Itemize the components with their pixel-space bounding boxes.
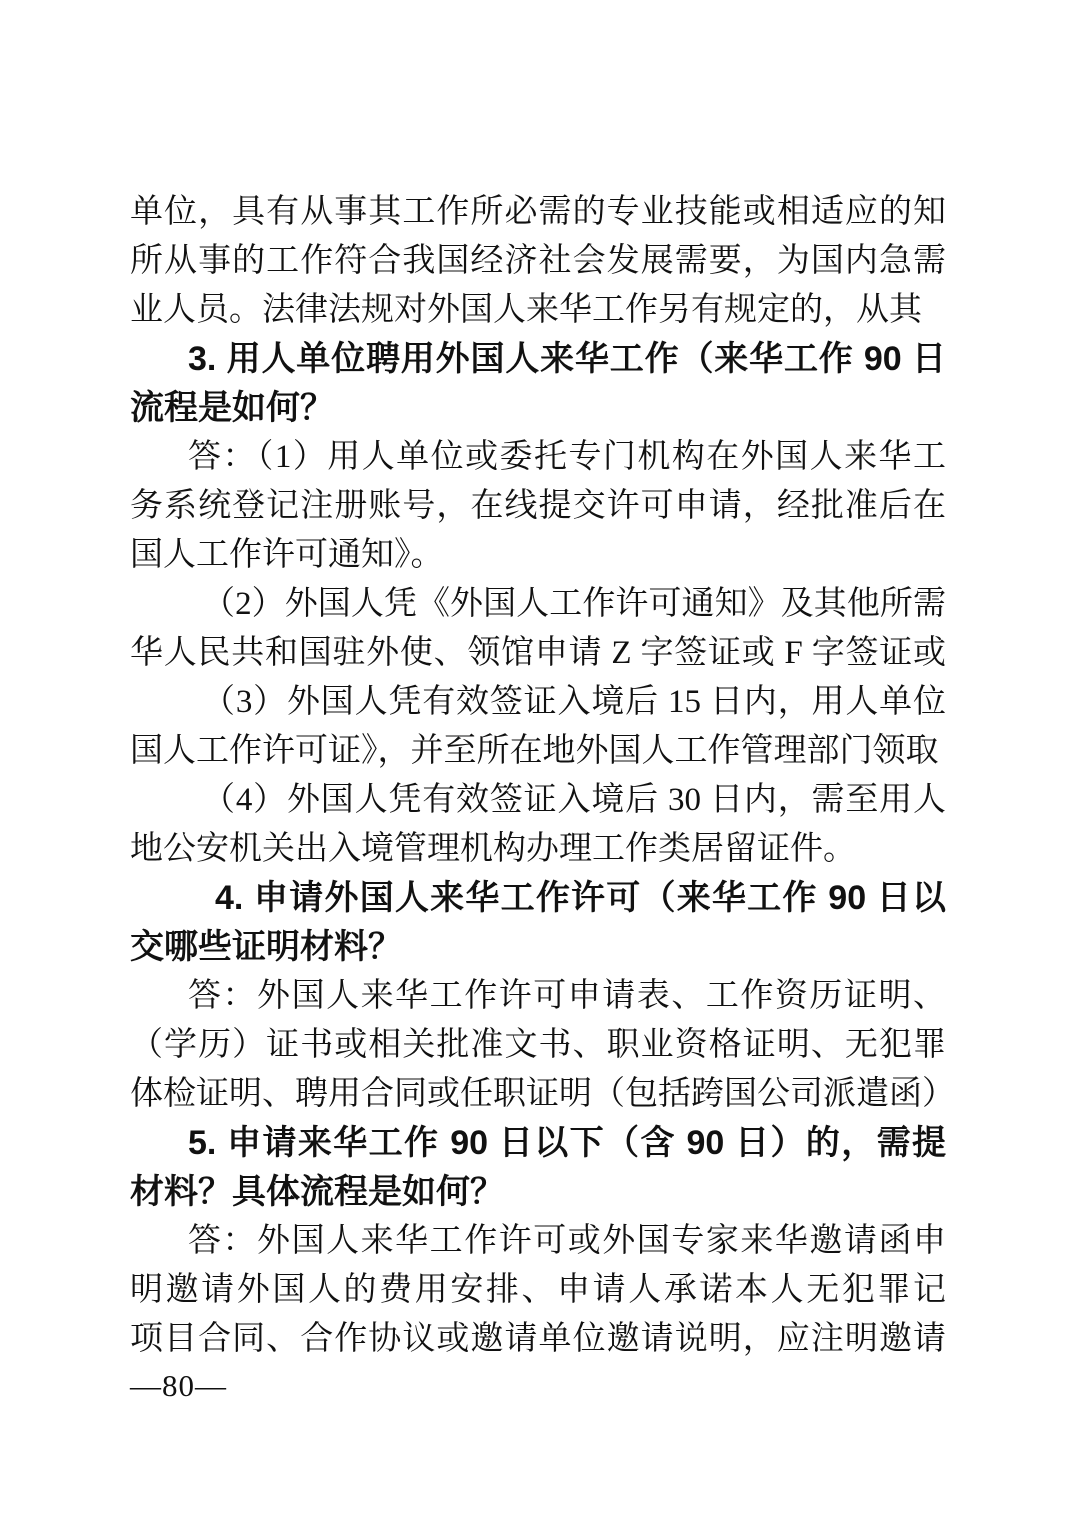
- question-heading-line: 材料？具体流程是如何？: [130, 1168, 946, 1217]
- document-body: 单位，具有从事其工作所必需的专业技能或相适应的知识水平。所从事的工作符合我国经济…: [130, 188, 946, 1364]
- document-page: 单位，具有从事其工作所必需的专业技能或相适应的知识水平。所从事的工作符合我国经济…: [0, 0, 1074, 1520]
- text-line: 答：外国人来华工作许可申请表、工作资历证明、最高学位: [130, 972, 946, 1021]
- text-line: 业人员。法律法规对外国人来华工作另有规定的，从其规定。: [130, 286, 946, 335]
- text-line: 答：（1）用人单位或委托专门机构在外国人来华工作管理服: [130, 433, 946, 482]
- question-heading-line: 5. 申请来华工作 90 日以下（含 90 日）的，需提交哪些证明: [130, 1119, 946, 1168]
- text-line: （2）外国人凭《外国人工作许可通知》及其他所需材料到中: [130, 580, 946, 629]
- text-line: 国人工作许可证》，并至所在地外国人工作管理部门领取证件。: [130, 727, 946, 776]
- text-line: 华人民共和国驻外使、领馆申请 Z 字签证或 F 字签证或 R 字签证。: [130, 629, 946, 678]
- text-line: 单位，具有从事其工作所必需的专业技能或相适应的知识水平。: [130, 188, 946, 237]
- text-line: 地公安机关出入境管理机构办理工作类居留证件。: [130, 825, 946, 874]
- text-line: 务系统登记注册账号，在线提交许可申请，经批准后在线打印《外: [130, 482, 946, 531]
- question-heading-line: 4. 申请外国人来华工作许可（来华工作 90 日以上）需要提: [130, 874, 946, 923]
- question-heading-line: 3. 用人单位聘用外国人来华工作（来华工作 90 日以上）具体: [130, 335, 946, 384]
- question-heading-line: 交哪些证明材料？: [130, 923, 946, 972]
- text-line: （学历）证书或相关批准文书、职业资格证明、无犯罪记录证明、: [130, 1021, 946, 1070]
- question-heading-line: 流程是如何？: [130, 384, 946, 433]
- text-line: 明邀请外国人的费用安排、申请人承诺本人无犯罪记录；工作合同、: [130, 1266, 946, 1315]
- text-line: （3）外国人凭有效签证入境后 15 日内，用人单位在线申领《外: [130, 678, 946, 727]
- text-line: 答：外国人来华工作许可或外国专家来华邀请函申请表，需注: [130, 1217, 946, 1266]
- text-line: （4）外国人凭有效签证入境后 30 日内，需至用人单位所在: [130, 776, 946, 825]
- text-line: 国人工作许可通知》。: [130, 531, 946, 580]
- text-line: 项目合同、合作协议或邀请单位邀请说明，应注明邀请外国人的费: [130, 1315, 946, 1364]
- text-line: 所从事的工作符合我国经济社会发展需要，为国内急需紧缺的专: [130, 237, 946, 286]
- text-line: 体检证明、聘用合同或任职证明（包括跨国公司派遣函）等。: [130, 1070, 946, 1119]
- page-number: —80—: [130, 1368, 227, 1404]
